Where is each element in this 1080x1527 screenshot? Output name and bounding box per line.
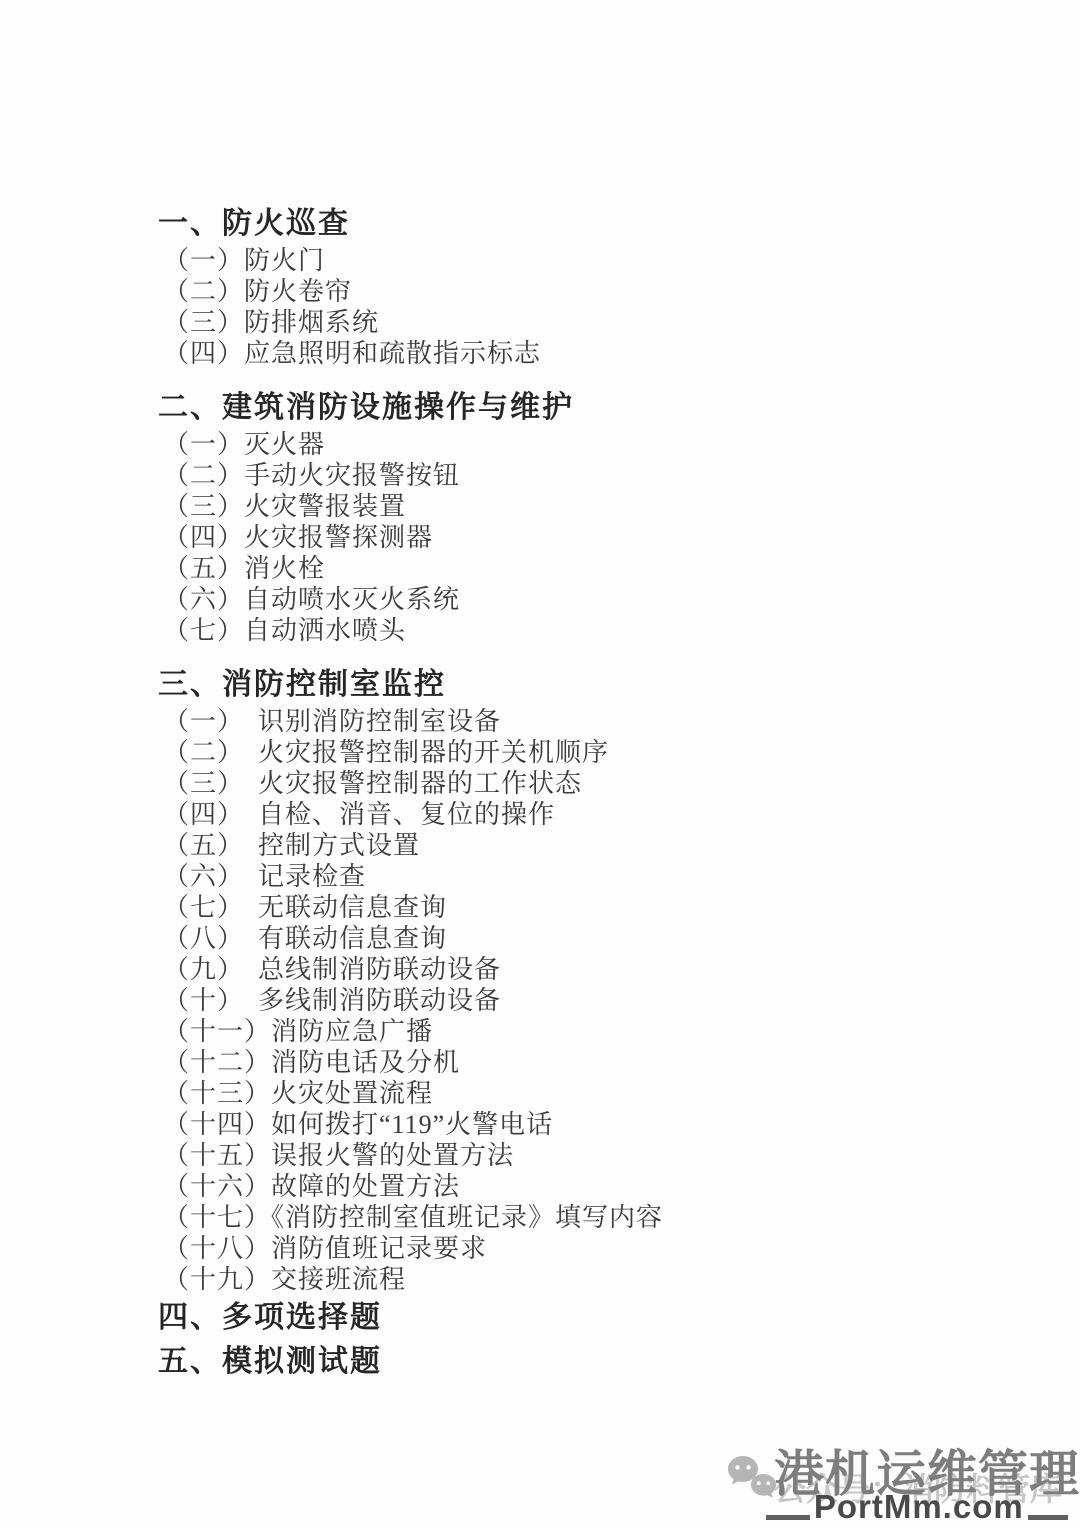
toc-item: （七） 无联动信息查询 [163,892,938,923]
watermark: 公众号：消防料管库 港机运维管理 PortMm.com [722,1432,1074,1527]
toc-item: （八） 有联动信息查询 [163,923,938,954]
toc-item: （十四）如何拨打“119”火警电话 [163,1109,938,1140]
table-of-contents: 一、防火巡查（一）防火门（二）防火卷帘（三）防排烟系统（四）应急照明和疏散指示标… [158,203,938,1383]
toc-section: 一、防火巡查（一）防火门（二）防火卷帘（三）防排烟系统（四）应急照明和疏散指示标… [158,203,938,369]
toc-item: （二）手动火灾报警按钮 [163,460,938,491]
divider-line [1028,1515,1068,1520]
toc-section: 五、模拟测试题 [158,1341,938,1383]
toc-item: （四） 自检、消音、复位的操作 [163,799,938,830]
toc-section: 三、消防控制室监控（一） 识别消防控制室设备（二） 火灾报警控制器的开关机顺序（… [158,664,938,1295]
toc-item-list: （一） 识别消防控制室设备（二） 火灾报警控制器的开关机顺序（三） 火灾报警控制… [158,706,938,1295]
toc-item: （六） 记录检查 [163,861,938,892]
toc-item-list: （一）灭火器（二）手动火灾报警按钮（三）火灾警报装置（四）火灾报警探测器（五）消… [158,429,938,646]
section-title: 一、防火巡查 [158,203,938,245]
toc-item: （十二）消防电话及分机 [163,1047,938,1078]
toc-item: （三）防排烟系统 [163,307,938,338]
document-page: 一、防火巡查（一）防火门（二）防火卷帘（三）防排烟系统（四）应急照明和疏散指示标… [0,0,1080,1527]
toc-item: （一） 识别消防控制室设备 [163,706,938,737]
toc-item: （十六）故障的处置方法 [163,1171,938,1202]
toc-item: （十一）消防应急广播 [163,1016,938,1047]
toc-section: 四、多项选择题 [158,1297,938,1339]
toc-item: （四）应急照明和疏散指示标志 [163,338,938,369]
divider-line [766,1515,810,1520]
watermark-site-text: PortMm.com [814,1488,1024,1526]
toc-item: （九） 总线制消防联动设备 [163,954,938,985]
toc-item: （六）自动喷水灭火系统 [163,584,938,615]
toc-item: （一）灭火器 [163,429,938,460]
toc-item: （十五）误报火警的处置方法 [163,1140,938,1171]
toc-section: 二、建筑消防设施操作与维护（一）灭火器（二）手动火灾报警按钮（三）火灾警报装置（… [158,387,938,646]
section-title: 四、多项选择题 [158,1297,938,1339]
watermark-site-row: PortMm.com [766,1488,1068,1526]
toc-item: （二）防火卷帘 [163,276,938,307]
toc-item: （十七）《消防控制室值班记录》填写内容 [163,1202,938,1233]
toc-item: （十三）火灾处置流程 [163,1078,938,1109]
section-title: 二、建筑消防设施操作与维护 [158,387,938,429]
toc-item: （一）防火门 [163,245,938,276]
toc-item: （十九）交接班流程 [163,1264,938,1295]
toc-item: （五）消火栓 [163,553,938,584]
section-title: 五、模拟测试题 [158,1341,938,1383]
toc-item: （三） 火灾报警控制器的工作状态 [163,768,938,799]
section-title: 三、消防控制室监控 [158,664,938,706]
toc-item: （三）火灾警报装置 [163,491,938,522]
toc-item: （十八）消防值班记录要求 [163,1233,938,1264]
toc-item: （二） 火灾报警控制器的开关机顺序 [163,737,938,768]
toc-item: （七）自动洒水喷头 [163,615,938,646]
toc-item-list: （一）防火门（二）防火卷帘（三）防排烟系统（四）应急照明和疏散指示标志 [158,245,938,369]
toc-item: （十） 多线制消防联动设备 [163,985,938,1016]
toc-item: （五） 控制方式设置 [163,830,938,861]
toc-item: （四）火灾报警探测器 [163,522,938,553]
